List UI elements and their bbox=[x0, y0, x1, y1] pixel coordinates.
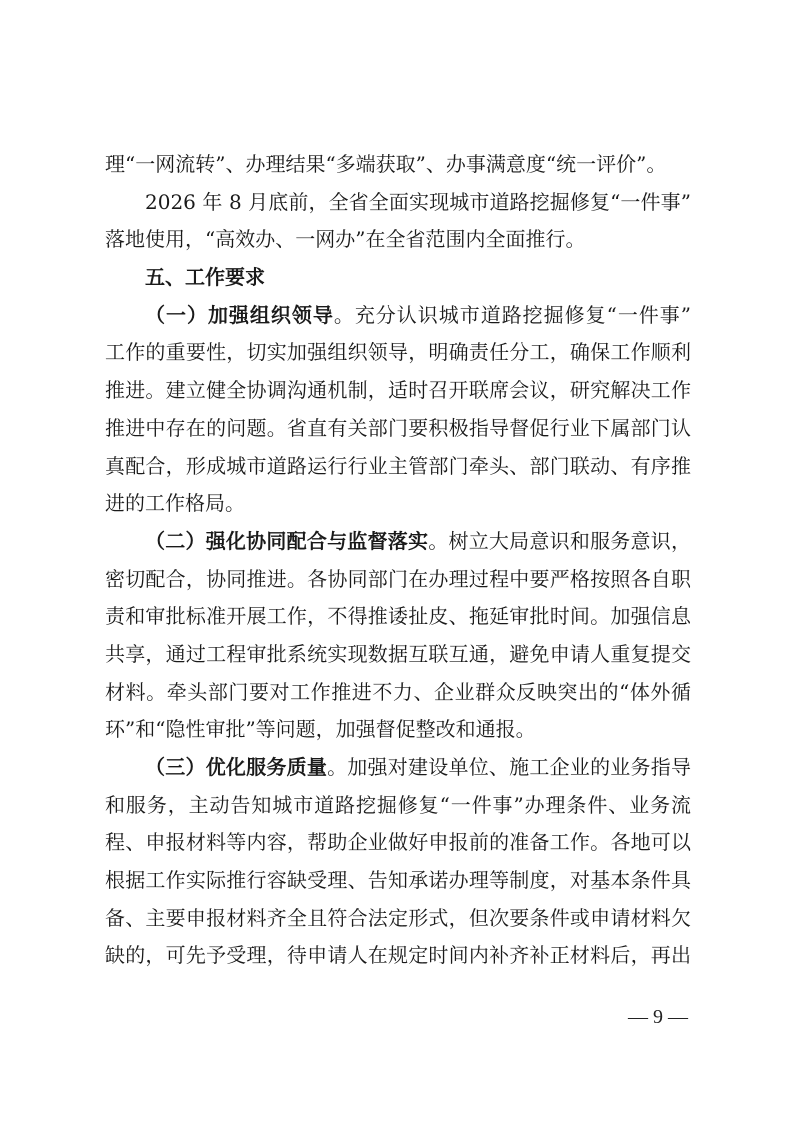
body-text: 。树立大局意识和服务意识， bbox=[428, 529, 691, 553]
subsection-title: （一）加强组织领导 bbox=[145, 303, 334, 327]
body-text-line: 真配合，形成城市道路运行行业主管部门牵头、部门联动、有序推 bbox=[105, 448, 691, 486]
deadline-paragraph: 2026 年 8 月底前，全省全面实现城市道路挖掘修复“一件事” 落地使用，“高… bbox=[105, 184, 691, 259]
body-text-line: 密切配合，协同推进。各协同部门在办理过程中要严格按照各自职 bbox=[105, 561, 691, 599]
body-text-line: 和服务，主动告知城市道路挖掘修复“一件事”办理条件、业务流 bbox=[105, 787, 691, 825]
body-text-line: 材料。牵头部门要对工作推进不力、企业群众反映突出的“体外循 bbox=[105, 674, 691, 712]
subsection-first-line: （三）优化服务质量。加强对建设单位、施工企业的业务指导 bbox=[105, 749, 691, 787]
document-page: 理“一网流转”、办理结果“多端获取”、办事满意度“统一评价”。 2026 年 8… bbox=[105, 146, 691, 975]
subsection-first-line: （二）强化协同配合与监督落实。树立大局意识和服务意识， bbox=[105, 523, 691, 561]
body-text-line: 缺的，可先予受理，待申请人在规定时间内补齐补正材料后，再出 bbox=[105, 937, 691, 975]
body-text-line: 推进中存在的问题。省直有关部门要积极指导督促行业下属部门认 bbox=[105, 410, 691, 448]
subsection-3: （三）优化服务质量。加强对建设单位、施工企业的业务指导 和服务，主动告知城市道路… bbox=[105, 749, 691, 975]
body-text-line: 落地使用，“高效办、一网办”在全省范围内全面推行。 bbox=[105, 221, 691, 259]
body-text-line: 推进。建立健全协调沟通机制，适时召开联席会议，研究解决工作 bbox=[105, 372, 691, 410]
subsection-title: （二）强化协同配合与监督落实 bbox=[145, 529, 428, 553]
body-text: 。加强对建设单位、施工企业的业务指导 bbox=[327, 755, 691, 779]
body-text-line: 根据工作实际推行容缺受理、告知承诺办理等制度，对基本条件具 bbox=[105, 862, 691, 900]
body-text-line: 共享，通过工程审批系统实现数据互联互通，避免申请人重复提交 bbox=[105, 636, 691, 674]
body-text-line: 进的工作格局。 bbox=[105, 485, 691, 523]
body-text-line: 程、申报材料等内容，帮助企业做好申报前的准备工作。各地可以 bbox=[105, 824, 691, 862]
body-text-line: 责和审批标准开展工作，不得推诿扯皮、拖延审批时间。加强信息 bbox=[105, 598, 691, 636]
body-text-line: 环”和“隐性审批”等问题，加强督促整改和通报。 bbox=[105, 711, 691, 749]
body-text-line: 2026 年 8 月底前，全省全面实现城市道路挖掘修复“一件事” bbox=[105, 184, 691, 222]
body-text-line: 备、主要申报材料齐全且符合法定形式，但次要条件或申请材料欠 bbox=[105, 900, 691, 938]
body-text-line: 理“一网流转”、办理结果“多端获取”、办事满意度“统一评价”。 bbox=[105, 146, 691, 184]
subsection-1: （一）加强组织领导。充分认识城市道路挖掘修复“一件事” 工作的重要性，切实加强组… bbox=[105, 297, 691, 523]
section-heading: 五、工作要求 bbox=[105, 259, 691, 297]
body-text-line: 工作的重要性，切实加强组织领导，明确责任分工，确保工作顺利 bbox=[105, 334, 691, 372]
body-text: 。充分认识城市道路挖掘修复“一件事” bbox=[334, 303, 691, 327]
page-number: — 9 — bbox=[628, 1006, 688, 1029]
subsection-2: （二）强化协同配合与监督落实。树立大局意识和服务意识， 密切配合，协同推进。各协… bbox=[105, 523, 691, 749]
subsection-first-line: （一）加强组织领导。充分认识城市道路挖掘修复“一件事” bbox=[105, 297, 691, 335]
subsection-title: （三）优化服务质量 bbox=[145, 755, 327, 779]
